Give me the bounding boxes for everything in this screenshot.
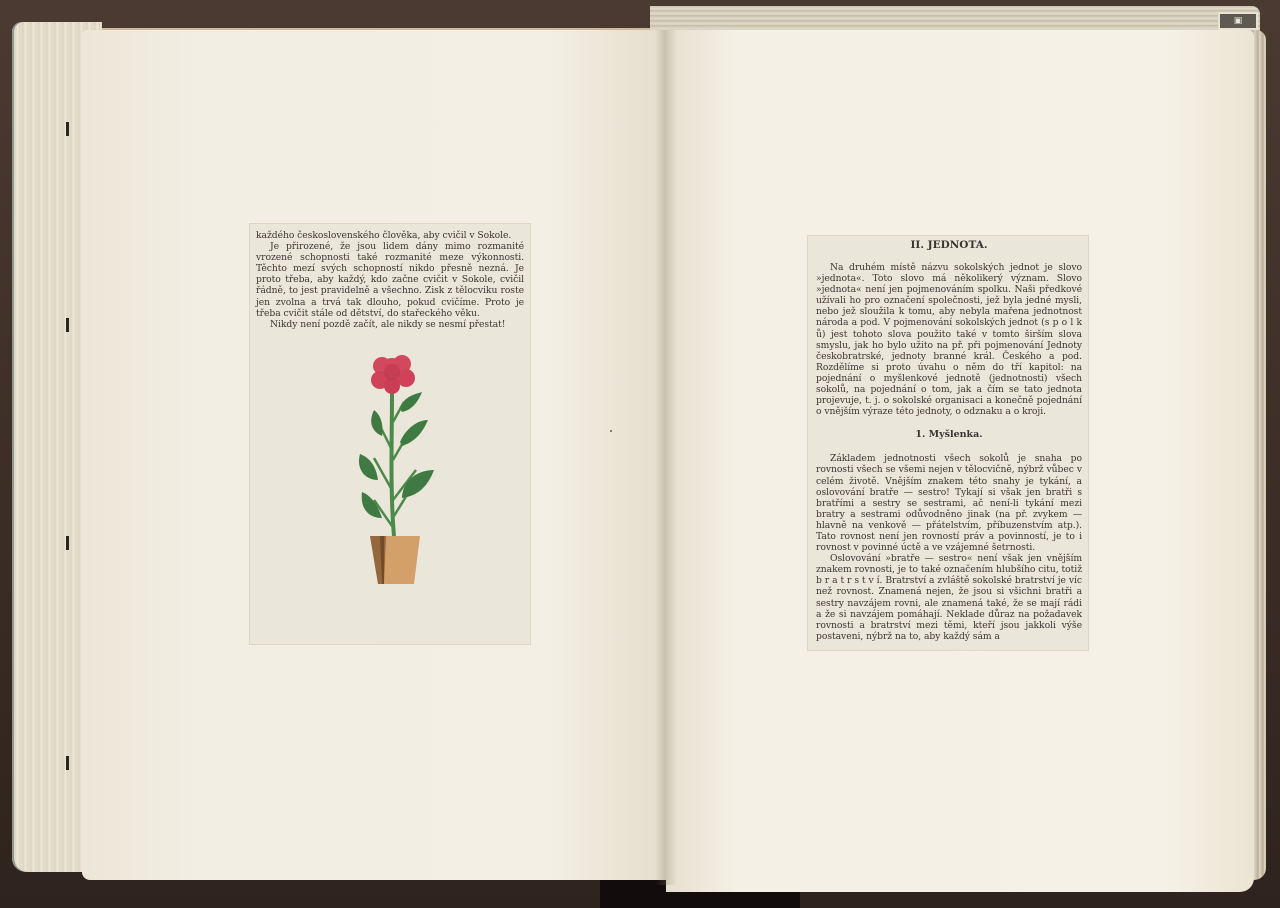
flower-pot-illustration	[346, 350, 446, 590]
binding-thread-mark	[66, 318, 69, 332]
paragraph: Základem jednotnosti všech sokolů je sna…	[816, 453, 1082, 553]
library-stamp-icon: ▣	[1218, 12, 1258, 30]
section-title: 1. Myšlenka.	[816, 429, 1082, 441]
right-pasted-clipping: II. JEDNOTA. Na druhém místě názvu sokol…	[808, 236, 1088, 650]
paragraph: Je přirozené, že jsou lidem dány mimo ro…	[256, 241, 524, 319]
left-clipping-text: každého československého člověka, aby cv…	[256, 230, 524, 330]
binding-thread-mark	[66, 756, 69, 770]
intro-paragraph: Na druhém místě názvu sokolských jednot …	[816, 262, 1082, 417]
binding-thread-mark	[66, 122, 69, 136]
paragraph: Oslovování »bratře — sestro« není však j…	[816, 553, 1082, 642]
right-clipping-text: II. JEDNOTA. Na druhém místě názvu sokol…	[816, 238, 1082, 642]
paper-speck	[610, 430, 612, 432]
book-gutter	[655, 30, 677, 885]
paragraph: každého československého člověka, aby cv…	[256, 230, 524, 241]
left-pasted-clipping: každého československého člověka, aby cv…	[250, 224, 530, 644]
red-flower-icon	[371, 355, 415, 394]
chapter-title: II. JEDNOTA.	[816, 238, 1082, 252]
flower-pot-icon	[370, 536, 420, 584]
paragraph: Nikdy není pozdě začít, ale nikdy se nes…	[256, 319, 524, 330]
binding-thread-mark	[66, 536, 69, 550]
